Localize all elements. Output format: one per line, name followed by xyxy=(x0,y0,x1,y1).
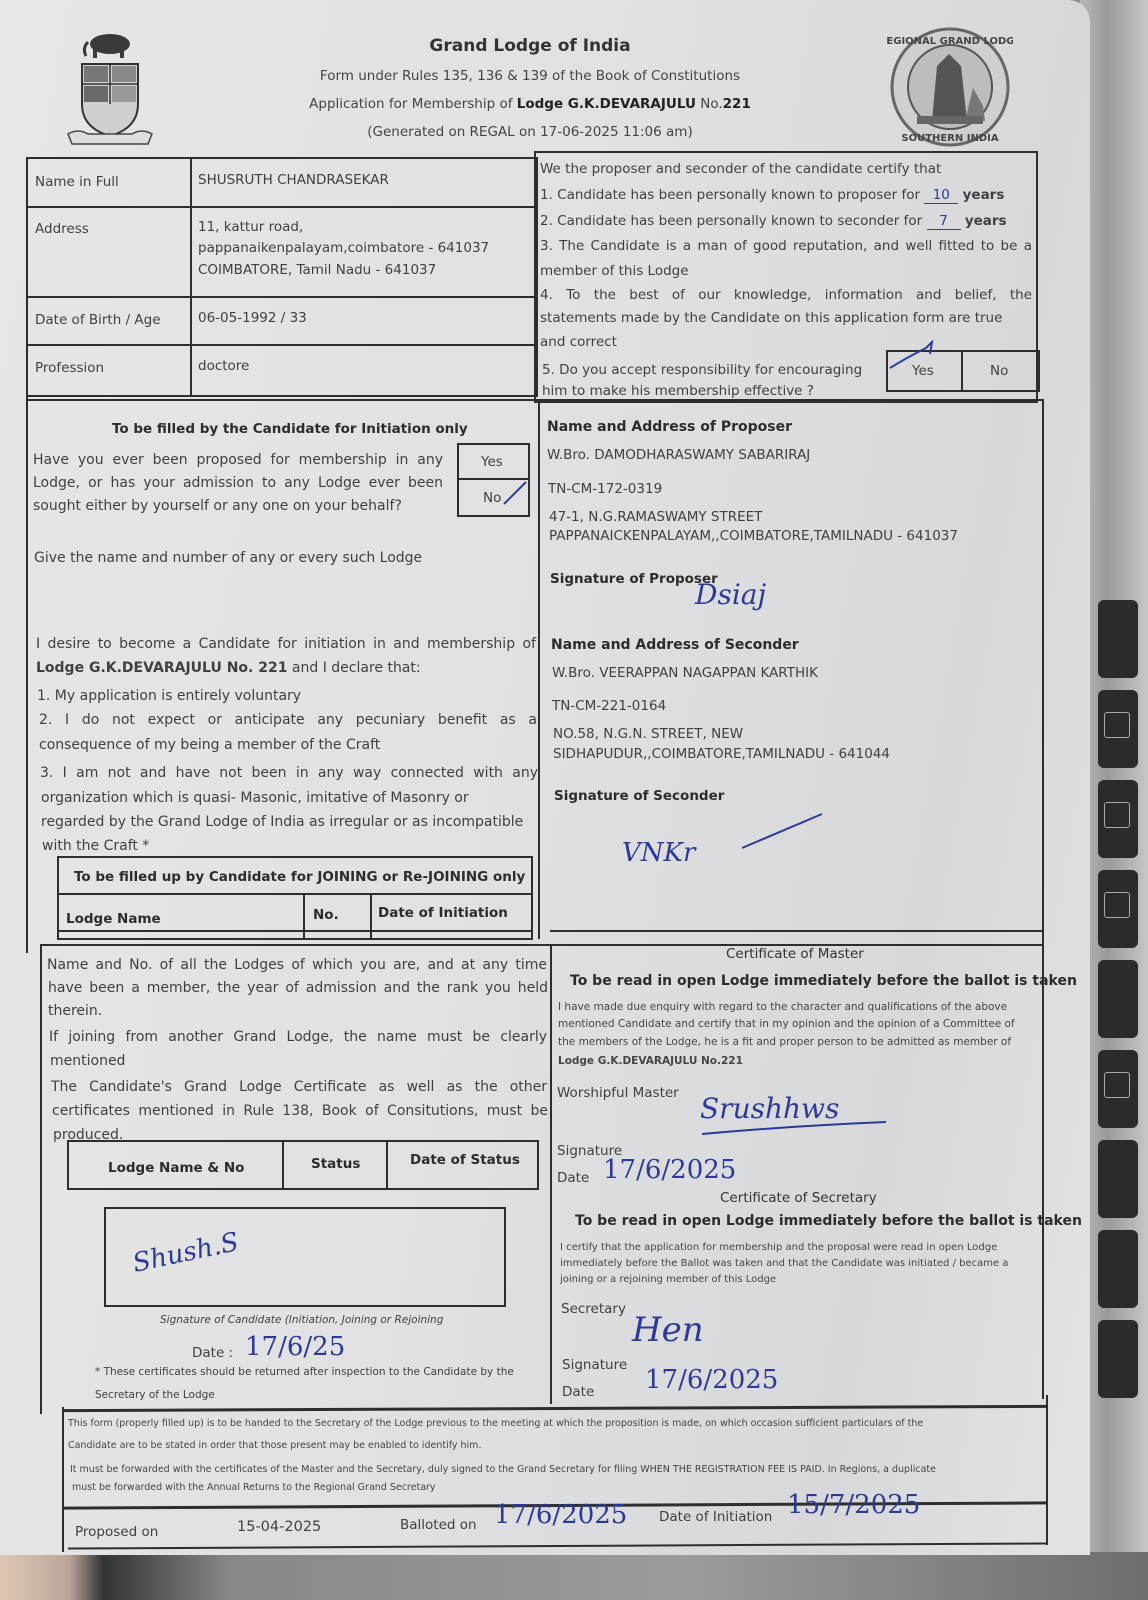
master-role: Worshipful Master xyxy=(557,1085,679,1101)
tick-mark-icon xyxy=(886,340,946,370)
divider xyxy=(386,1140,388,1188)
certificates-footnote-cont: Secretary of the Lodge xyxy=(95,1389,215,1401)
master-cert-body: the members of the Lodge, he is a fit an… xyxy=(558,1036,1011,1048)
seconder-signature-label: Signature of Seconder xyxy=(554,788,724,804)
field-label-profession: Profession xyxy=(35,360,104,376)
certificate-text: The Candidate's Grand Lodge Certificate … xyxy=(51,1079,547,1095)
years-label: years xyxy=(963,187,1005,203)
divider xyxy=(26,296,536,298)
seconder-name: W.Bro. VEERAPPAN NAGAPPAN KARTHIK xyxy=(552,665,818,681)
divider xyxy=(26,393,28,953)
divider xyxy=(62,1405,1047,1412)
master-date-label: Date xyxy=(557,1170,589,1186)
tick-mark-icon xyxy=(500,480,528,508)
certify-item-1: 1. Candidate has been personally known t… xyxy=(540,187,1004,204)
divider xyxy=(26,206,536,208)
certify-item-2: 2. Candidate has been personally known t… xyxy=(540,213,1007,230)
master-cert-body: I have made due enquiry with regard to t… xyxy=(558,1001,1007,1013)
initiation-heading: To be filled by the Candidate for Initia… xyxy=(112,421,468,437)
divider xyxy=(961,350,963,390)
lodge-no-prefix: No. xyxy=(696,96,723,112)
proposer-signature-label: Signature of Proposer xyxy=(550,571,718,587)
lodges-membership-text: Name and No. of all the Lodges of which … xyxy=(47,957,547,973)
footer-note: Candidate are to be stated in order that… xyxy=(68,1440,481,1451)
footer-note: It must be forwarded with the certificat… xyxy=(70,1464,936,1475)
certify-item-1-text: 1. Candidate has been personally known t… xyxy=(540,187,920,203)
divider xyxy=(40,944,42,1414)
divider xyxy=(538,399,540,939)
divider xyxy=(62,1407,64,1552)
joining-heading: To be filled up by Candidate for JOINING… xyxy=(74,869,525,885)
secretary-signature: Hen xyxy=(632,1310,704,1350)
master-cert-lodge: Lodge G.K.DEVARAJULU No.221 xyxy=(558,1055,743,1067)
divider xyxy=(57,930,531,932)
seconder-address-line: SIDHAPUDUR,,COIMBATORE,TAMILNADU - 64104… xyxy=(553,746,890,762)
lodges-membership-text: have been a member, the year of admissio… xyxy=(48,980,548,996)
balloted-on-label: Balloted on xyxy=(400,1517,477,1533)
declaration-item-3-cont: with the Craft * xyxy=(42,838,149,854)
give-lodge-name-prompt: Give the name and number of any or every… xyxy=(34,550,422,566)
master-cert-subheading: To be read in open Lodge immediately bef… xyxy=(570,973,1077,989)
declaration-lodge: Lodge G.K.DEVARAJULU No. 221 xyxy=(36,660,287,676)
field-value-address-line: 11, kattur road, xyxy=(198,219,303,235)
secretary-signature-label: Signature xyxy=(562,1357,627,1373)
secretary-cert-body: joining or a rejoining member of this Lo… xyxy=(560,1274,776,1285)
keyboard-key xyxy=(1098,960,1138,1038)
proposer-reg-no: TN-CM-172-0319 xyxy=(548,481,662,497)
certify-item-4: 4. To the best of our knowledge, informa… xyxy=(540,287,1032,303)
divider xyxy=(303,893,305,938)
seconder-signature: VNKr xyxy=(622,838,695,868)
proposed-before-no-option[interactable]: No xyxy=(483,490,501,506)
application-line: Application for Membership of Lodge G.K.… xyxy=(290,96,770,112)
declaration-item-1: 1. My application is entirely voluntary xyxy=(37,688,301,704)
proposer-heading: Name and Address of Proposer xyxy=(547,419,792,435)
footer-note: This form (properly filled up) is to be … xyxy=(68,1418,923,1429)
column-date-status: Date of Status xyxy=(410,1152,520,1168)
declaration-suffix: and I declare that: xyxy=(287,660,420,676)
divider xyxy=(190,157,192,395)
years-known-seconder: 7 xyxy=(927,213,961,230)
lodge-no: 221 xyxy=(723,96,751,112)
divider xyxy=(1046,1395,1048,1545)
secretary-cert-heading: Certificate of Secretary xyxy=(720,1190,877,1206)
declaration-item-3: 3. I am not and have not been in any way… xyxy=(40,765,538,781)
certify-item-3: 3. The Candidate is a man of good reputa… xyxy=(540,238,1032,254)
divider xyxy=(550,944,552,1404)
divider xyxy=(282,1140,284,1188)
keyboard-key xyxy=(1098,1320,1138,1398)
divider xyxy=(40,944,1044,946)
years-label: years xyxy=(965,213,1007,229)
declaration-item-3-cont: regarded by the Grand Lodge of India as … xyxy=(41,814,523,830)
form-title: Grand Lodge of India xyxy=(290,36,770,56)
rules-line: Form under Rules 135, 136 & 139 of the B… xyxy=(290,68,770,84)
secretary-cert-body: immediately before the Ballot was taken … xyxy=(560,1258,1008,1269)
certify-item-3-cont: member of this Lodge xyxy=(540,263,689,279)
generated-line: (Generated on REGAL on 17-06-2025 11:06 … xyxy=(290,124,770,140)
secretary-cert-subheading: To be read in open Lodge immediately bef… xyxy=(575,1213,1082,1229)
keyboard-key xyxy=(1098,1230,1138,1308)
declaration-item-2: 2. I do not expect or anticipate any pec… xyxy=(39,712,537,728)
secretary-cert-body: I certify that the application for membe… xyxy=(560,1242,997,1253)
divider xyxy=(57,893,531,895)
svg-text:SOUTHERN INDIA: SOUTHERN INDIA xyxy=(901,133,999,144)
field-label-dob: Date of Birth / Age xyxy=(35,312,161,328)
candidate-date-label: Date : xyxy=(192,1345,233,1361)
field-label-name: Name in Full xyxy=(35,174,119,190)
certify-intro: We the proposer and seconder of the cand… xyxy=(540,161,941,177)
regional-grand-lodge-seal-icon: REGIONAL GRAND LODGE SOUTHERN INDIA xyxy=(887,26,1013,148)
field-value-address-line: COIMBATORE, Tamil Nadu - 641037 xyxy=(198,262,436,278)
certify-item-5: 5. Do you accept responsibility for enco… xyxy=(542,362,862,378)
application-prefix: Application for Membership of xyxy=(309,96,517,112)
column-no: No. xyxy=(313,907,339,923)
signature-stroke xyxy=(740,810,825,850)
column-lodge-name-no: Lodge Name & No xyxy=(108,1160,244,1176)
initiation-question-cont: sought either by yourself or any one on … xyxy=(33,498,402,514)
certify-item-4-cont: statements made by the Candidate on this… xyxy=(540,310,1002,326)
divider xyxy=(26,399,1044,401)
responsibility-no-option[interactable]: No xyxy=(990,363,1008,379)
desk-background xyxy=(0,1552,1148,1600)
proposed-before-yes-option[interactable]: Yes xyxy=(481,454,503,470)
keyboard-key xyxy=(1098,600,1138,678)
divider xyxy=(1042,399,1044,1399)
keyboard-key xyxy=(1098,1140,1138,1218)
master-cert-heading: Certificate of Master xyxy=(726,946,864,962)
certify-item-5-cont: him to make his membership effective ? xyxy=(542,383,814,399)
secretary-date-label: Date xyxy=(562,1384,594,1400)
grand-lodge-text: If joining from another Grand Lodge, the… xyxy=(49,1029,547,1045)
secretary-date-value: 17/6/2025 xyxy=(645,1365,778,1395)
field-label-address: Address xyxy=(35,221,89,237)
years-known-proposer: 10 xyxy=(924,187,958,204)
proposer-address-line: PAPPANAICKENPALAYAM,,COIMBATORE,TAMILNAD… xyxy=(549,528,958,544)
svg-text:REGIONAL GRAND LODGE: REGIONAL GRAND LODGE xyxy=(887,36,1013,47)
candidate-signature-caption: Signature of Candidate (Initiation, Join… xyxy=(160,1314,443,1326)
master-cert-body: mentioned Candidate and certify that in … xyxy=(558,1018,1015,1030)
balloted-on-value: 17/6/2025 xyxy=(494,1500,627,1530)
proposer-address-line: 47-1, N.G.RAMASWAMY STREET xyxy=(549,509,762,525)
master-date-value: 17/6/2025 xyxy=(603,1155,736,1185)
divider xyxy=(26,344,536,346)
certify-item-4-cont: and correct xyxy=(540,334,617,350)
signature-stroke xyxy=(700,1118,890,1138)
keyboard-key xyxy=(1098,690,1138,768)
proposed-on-label: Proposed on xyxy=(75,1524,158,1540)
field-value-address-line: pappanaikenpalayam,coimbatore - 641037 xyxy=(198,240,489,256)
declaration-item-3-cont: organization which is quasi- Masonic, im… xyxy=(41,790,469,806)
secretary-role: Secretary xyxy=(561,1301,626,1317)
seconder-heading: Name and Address of Seconder xyxy=(551,637,799,653)
keyboard-key xyxy=(1098,780,1138,858)
candidate-date-value: 17/6/25 xyxy=(245,1332,345,1362)
proposer-name: W.Bro. DAMODHARASWAMY SABARIRAJ xyxy=(547,447,810,463)
declaration-line: I desire to become a Candidate for initi… xyxy=(36,636,536,652)
column-status: Status xyxy=(311,1156,360,1172)
initiation-question-cont: Lodge, or has your admission to any Lodg… xyxy=(33,475,443,491)
divider xyxy=(68,1542,1046,1549)
application-form: REGIONAL GRAND LODGE SOUTHERN INDIA Gran… xyxy=(0,0,1090,1555)
seconder-reg-no: TN-CM-221-0164 xyxy=(552,698,666,714)
elephant-crest-icon xyxy=(60,26,160,156)
column-lodge-name: Lodge Name xyxy=(66,911,161,927)
footer-note: must be forwarded with the Annual Return… xyxy=(72,1482,436,1493)
proposed-on-value: 15-04-2025 xyxy=(237,1519,321,1535)
date-of-initiation-value: 15/7/2025 xyxy=(787,1490,920,1520)
date-of-initiation-label: Date of Initiation xyxy=(659,1509,772,1525)
column-date-initiation: Date of Initiation xyxy=(378,905,508,921)
field-value-dob: 06-05-1992 / 33 xyxy=(198,310,307,326)
certificate-text: certificates mentioned in Rule 138, Book… xyxy=(52,1103,548,1119)
declaration-item-2-cont: consequence of my being a member of the … xyxy=(39,737,380,753)
keyboard-key xyxy=(1098,870,1138,948)
field-value-name: SHUSRUTH CHANDRASEKAR xyxy=(198,172,389,188)
seconder-address-line: NO.58, N.G.N. STREET, NEW xyxy=(553,726,743,742)
divider xyxy=(370,893,372,938)
grand-lodge-text: mentioned xyxy=(50,1053,125,1069)
initiation-question: Have you ever been proposed for membersh… xyxy=(33,452,443,468)
keyboard-key xyxy=(1098,1050,1138,1128)
certify-item-2-text: 2. Candidate has been personally known t… xyxy=(540,213,922,229)
lodges-membership-text: therein. xyxy=(48,1003,102,1019)
divider xyxy=(550,930,1044,932)
field-value-profession: doctore xyxy=(198,358,249,374)
proposer-signature: Dsiaj xyxy=(695,578,766,611)
lodge-name: Lodge G.K.DEVARAJULU xyxy=(517,96,696,112)
declaration-line-2: Lodge G.K.DEVARAJULU No. 221 and I decla… xyxy=(36,660,421,676)
certificates-footnote: * These certificates should be returned … xyxy=(95,1366,514,1378)
